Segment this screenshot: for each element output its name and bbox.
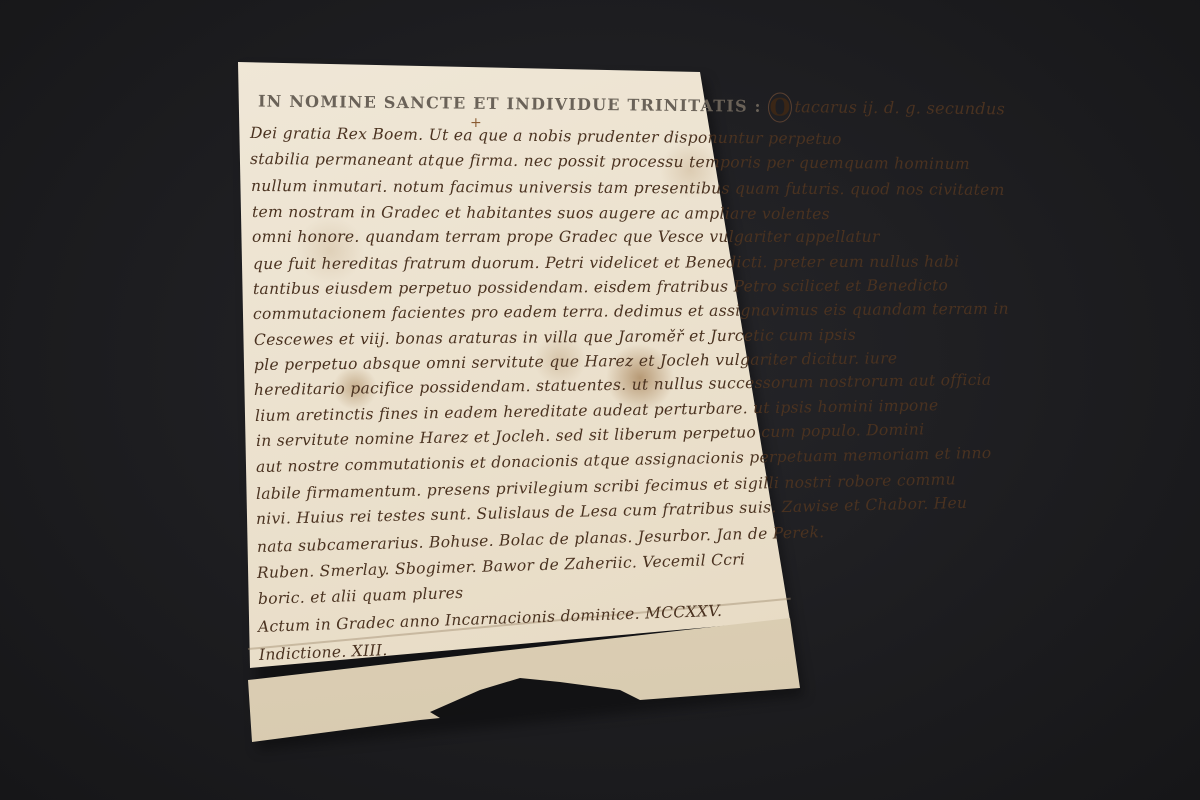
text-line: Dei gratia Rex Boem. Ut ea que a nobis p… — [250, 126, 842, 148]
text-line: tem nostram in Gradec et habitantes suos… — [252, 205, 830, 223]
charter-text: IN NOMINE SANCTE ET INDIVIDUE TRINITATIS… — [0, 0, 1200, 800]
invocation-line: IN NOMINE SANCTE ET INDIVIDUE TRINITATIS… — [258, 87, 1005, 125]
text-line: in servitute nomine Harez et Jocleh. sed… — [256, 422, 925, 449]
text-line: lium aretinctis fines in eadem hereditat… — [255, 398, 939, 424]
invocation-continuation: tacarus ij. d. g. secundus — [794, 97, 1005, 118]
text-line: commutacionem facientes pro eadem terra.… — [253, 302, 1009, 323]
text-line: Cescewes et viij. bonas araturas in vill… — [254, 328, 856, 349]
text-line: nullum inmutari. notum facimus universis… — [251, 179, 1005, 198]
text-line: ple perpetuo absque omni servitute que H… — [254, 351, 898, 373]
text-line: boric. et alii quam plures — [258, 586, 464, 608]
text-line: que fuit hereditas fratrum duorum. Petri… — [253, 255, 959, 273]
text-line: omni honore. quandam terram prope Gradec… — [252, 230, 880, 246]
text-line: tantibus eiusdem perpetuo possidendam. e… — [253, 278, 948, 297]
charter-parchment: IN NOMINE SANCTE ET INDIVIDUE TRINITATIS… — [0, 0, 1200, 800]
text-line: hereditario pacifice possidendam. statue… — [254, 373, 992, 399]
text-line: Ruben. Smerlay. Sbogimer. Bawor de Zaher… — [257, 552, 746, 581]
dating-clause: Actum in Gradec anno Incarnacionis domin… — [258, 604, 723, 636]
invocation-text: IN NOMINE SANCTE ET INDIVIDUE TRINITATIS… — [258, 92, 762, 116]
indiction-line: Indictione. XIII. — [259, 643, 388, 663]
correction-mark: + — [470, 115, 482, 131]
text-line: stabilia permaneant atque firma. nec pos… — [250, 152, 970, 173]
decorated-initial: O — [768, 92, 792, 122]
